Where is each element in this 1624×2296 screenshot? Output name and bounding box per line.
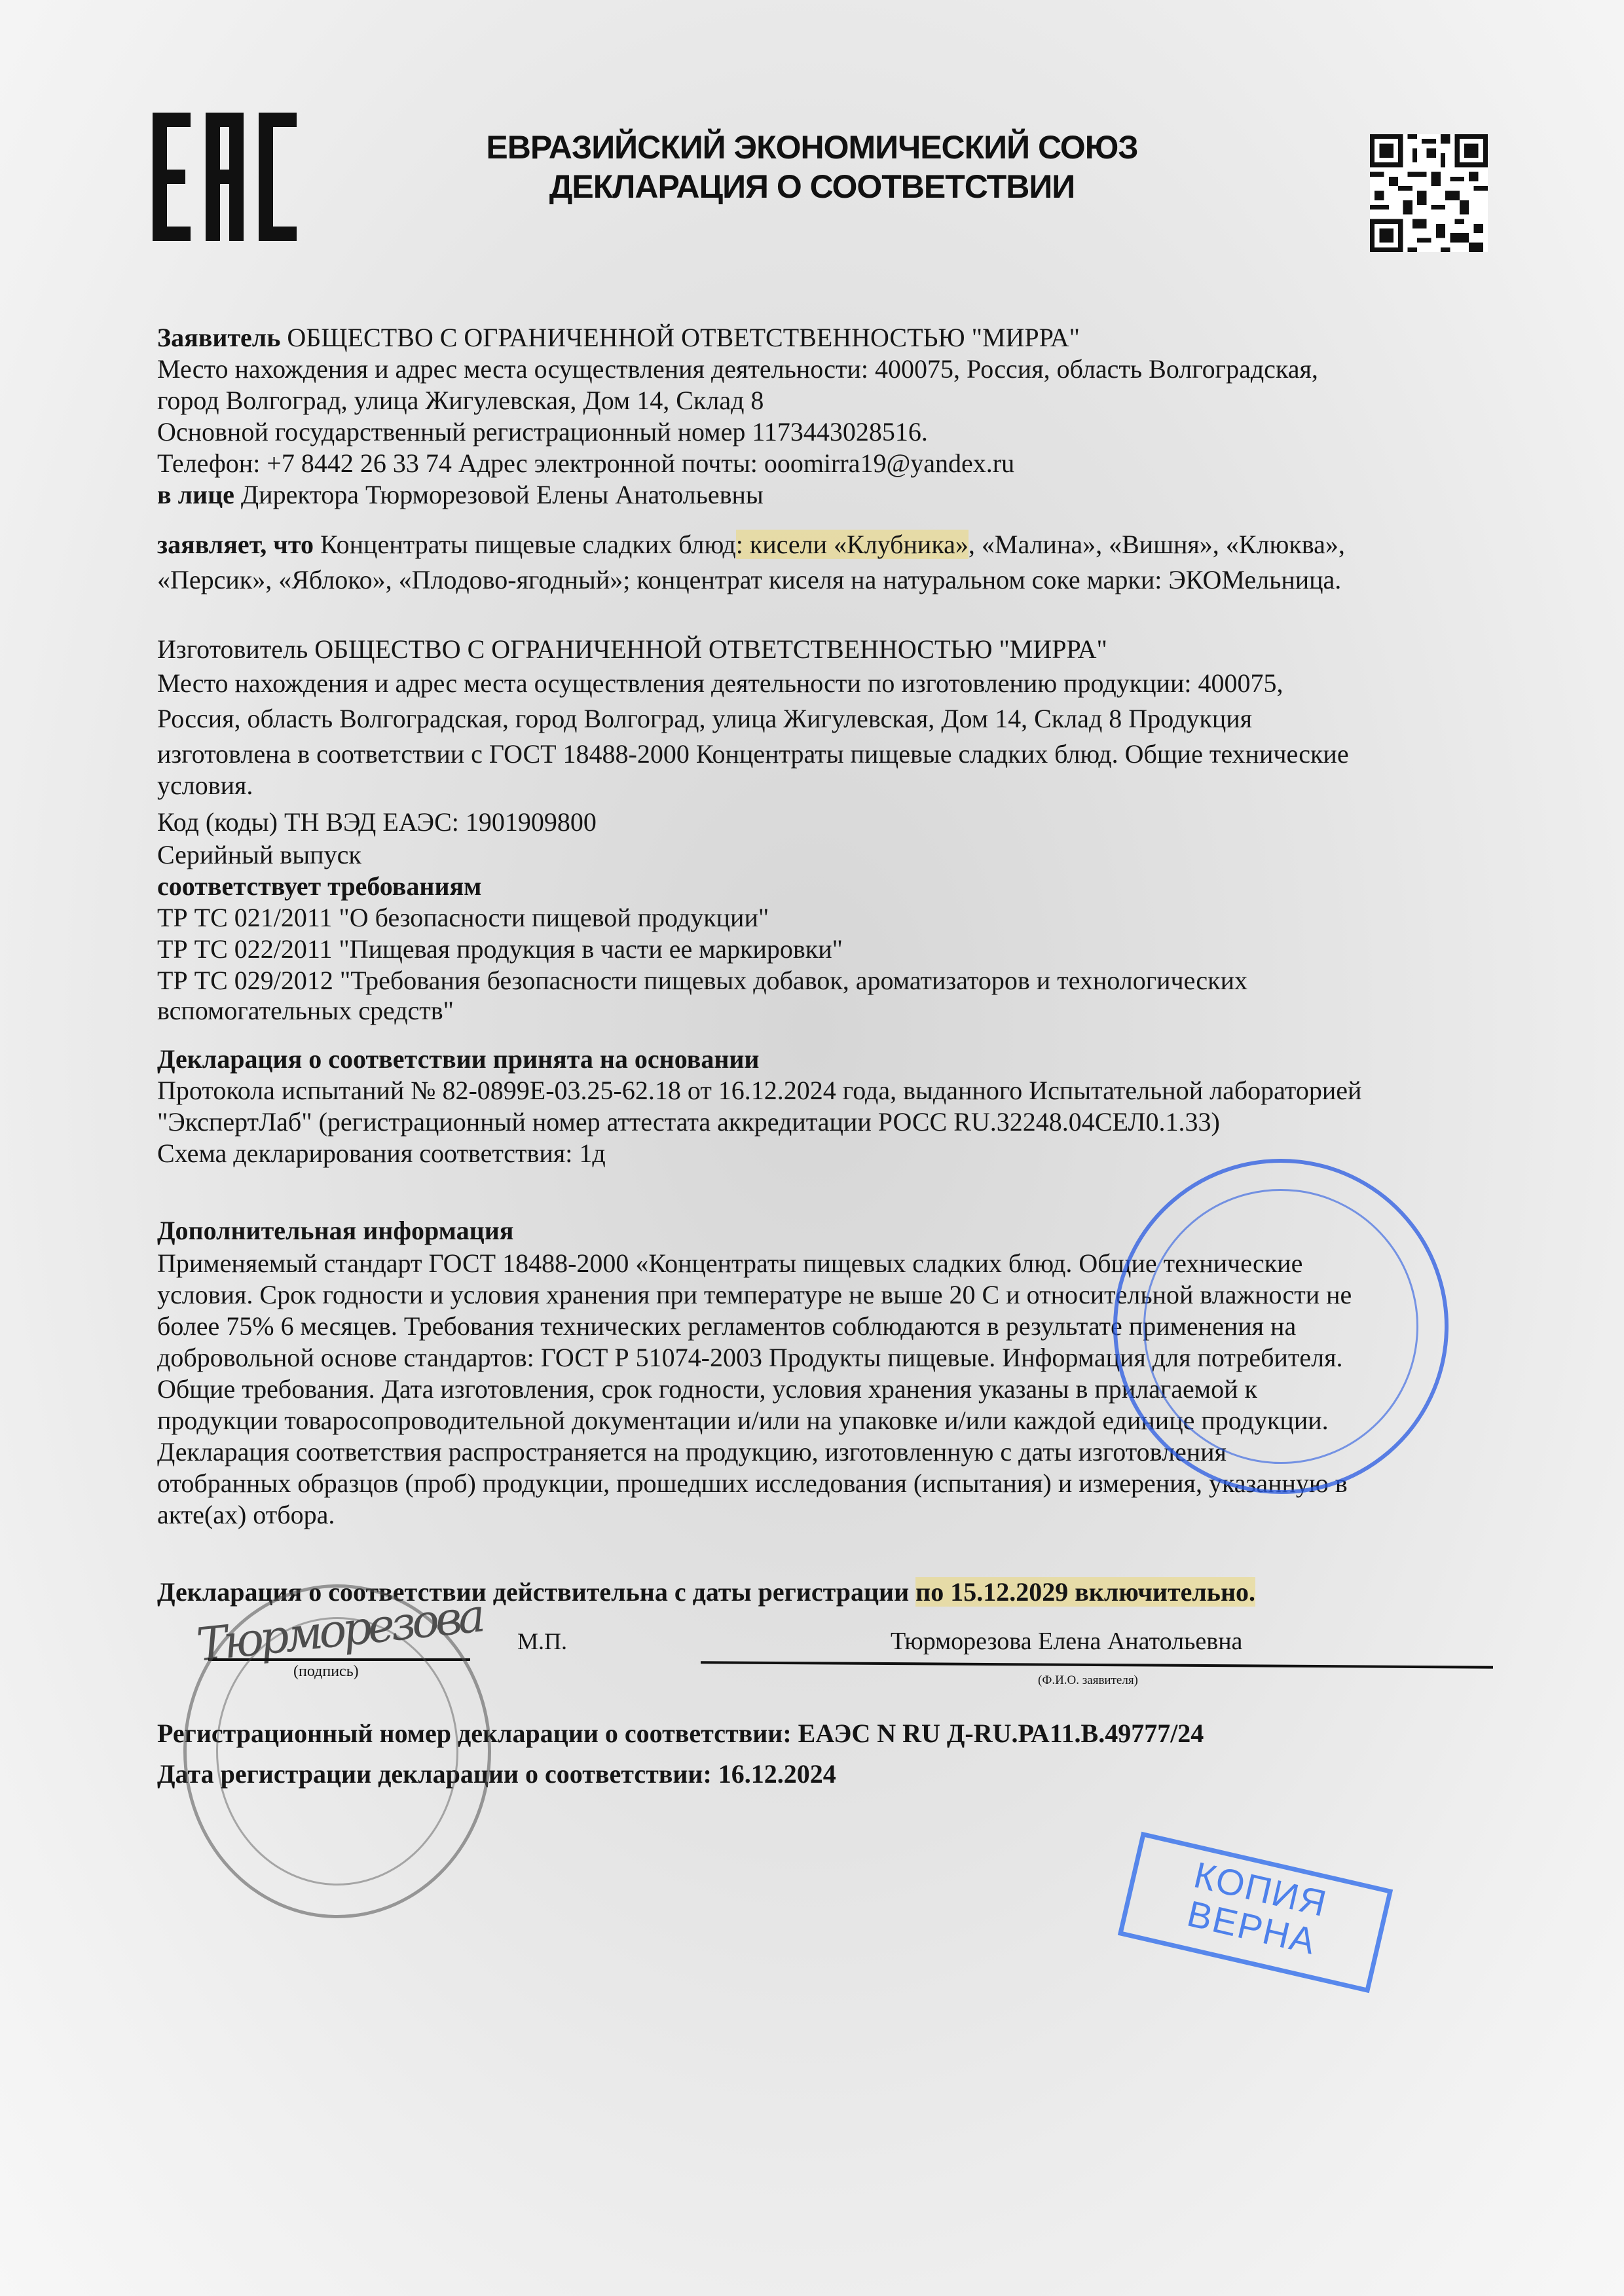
additional-line: Декларация соответствия распространяется… (157, 1436, 1227, 1467)
manufacturer-address-1: Место нахождения и адрес места осуществл… (157, 668, 1283, 699)
declares-label: заявляет, что (157, 530, 314, 559)
basis-heading-text: Декларация о соответствии принята на осн… (157, 1044, 759, 1074)
copy-certified-stamp: КОПИЯ ВЕРНА (1118, 1832, 1393, 1993)
applicant-full-name: Тюрморезова Елена Анатольевна (891, 1626, 1242, 1657)
representative-label: в лице (157, 480, 234, 509)
requirement-item: ТР ТС 029/2012 "Требования безопасности … (157, 965, 1247, 996)
applicant-name: ОБЩЕСТВО С ОГРАНИЧЕННОЙ ОТВЕТСТВЕННОСТЬЮ… (287, 323, 1080, 352)
manufacturer-standard-end: условия. (157, 770, 253, 801)
validity-date-highlight: по 15.12.2029 включительно. (915, 1577, 1255, 1607)
requirements-heading: соответствует требованиям (157, 871, 481, 902)
requirement-item: ТР ТС 021/2011 "О безопасности пищевой п… (157, 902, 769, 933)
qr-code-icon[interactable] (1370, 134, 1488, 252)
requirement-item: вспомогательных средств" (157, 995, 454, 1026)
applicant-ogrn: Основной государственный регистрационный… (157, 416, 928, 447)
additional-line: акте(ах) отбора. (157, 1499, 335, 1530)
tn-ved-code: Код (коды) ТН ВЭД ЕАЭС: 1901909800 (157, 807, 597, 837)
applicant-representative: в лице Директора Тюрморезовой Елены Анат… (157, 479, 764, 510)
applicant-line: Заявитель ОБЩЕСТВО С ОГРАНИЧЕННОЙ ОТВЕТС… (157, 322, 1080, 353)
test-protocol: Протокола испытаний № 82-0899Е-03.25-62.… (157, 1075, 1361, 1106)
declaration-title: ДЕКЛАРАЦИЯ О СООТВЕТСТВИИ (406, 167, 1218, 206)
declares-line-2: «Персик», «Яблоко», «Плодово-ягодный»; к… (157, 564, 1341, 595)
basis-heading: Декларация о соответствии принята на осн… (157, 1044, 759, 1074)
manufacturer-standard: изготовлена в соответствии с ГОСТ 18488-… (157, 738, 1349, 769)
applicant-address-2: город Волгоград, улица Жигулевская, Дом … (157, 385, 764, 416)
manufacturer-address-2: Россия, область Волгоградская, город Вол… (157, 703, 1252, 734)
eac-letter-c (259, 113, 297, 241)
union-title: ЕВРАЗИЙСКИЙ ЭКОНОМИЧЕСКИЙ СОЮЗ (406, 128, 1218, 167)
document-header: ЕВРАЗИЙСКИЙ ЭКОНОМИЧЕСКИЙ СОЮЗ ДЕКЛАРАЦИ… (406, 128, 1218, 206)
highlighted-product: : кисели «Клубника» (736, 530, 969, 559)
eac-letter-a (206, 113, 244, 241)
eac-letter-e (153, 113, 191, 241)
additional-line: Общие требования. Дата изготовления, сро… (157, 1374, 1257, 1404)
lab-accreditation: "ЭкспертЛаб" (регистрационный номер атте… (157, 1106, 1220, 1137)
additional-heading: Дополнительная информация (157, 1215, 513, 1246)
applicant-label: Заявитель (157, 323, 280, 352)
declares-products-rest: , «Малина», «Вишня», «Клюква», (969, 530, 1345, 559)
manufacturer-line: Изготовитель ОБЩЕСТВО С ОГРАНИЧЕННОЙ ОТВ… (157, 634, 1107, 665)
declaration-page: ЕВРАЗИЙСКИЙ ЭКОНОМИЧЕСКИЙ СОЮЗ ДЕКЛАРАЦИ… (0, 0, 1624, 2296)
declaration-scheme: Схема декларирования соответствия: 1д (157, 1138, 606, 1169)
additional-heading-text: Дополнительная информация (157, 1216, 513, 1245)
declares-line-1: заявляет, что Концентраты пищевые сладки… (157, 529, 1345, 560)
manufacturer-name: ОБЩЕСТВО С ОГРАНИЧЕННОЙ ОТВЕТСТВЕННОСТЬЮ… (314, 634, 1107, 664)
representative-name: Директора Тюрморезовой Елены Анатольевны (241, 480, 764, 509)
requirement-item: ТР ТС 022/2011 "Пищевая продукция в част… (157, 934, 843, 964)
applicant-contacts: Телефон: +7 8442 26 33 74 Адрес электрон… (157, 448, 1014, 479)
requirements-heading-text: соответствует требованиям (157, 871, 481, 901)
release-type: Серийный выпуск (157, 839, 361, 870)
seal-label: М.П. (517, 1626, 567, 1657)
name-line (701, 1661, 1493, 1668)
additional-line: отобранных образцов (проб) продукции, пр… (157, 1468, 1348, 1499)
applicant-address-1: Место нахождения и адрес места осуществл… (157, 354, 1318, 384)
declares-product-group: Концентраты пищевые сладких блюд (320, 530, 736, 559)
company-seal-grey (183, 1584, 491, 1918)
manufacturer-label: Изготовитель (157, 634, 308, 664)
eac-logo-icon (153, 113, 297, 241)
name-caption: (Ф.И.О. заявителя) (1038, 1673, 1138, 1688)
